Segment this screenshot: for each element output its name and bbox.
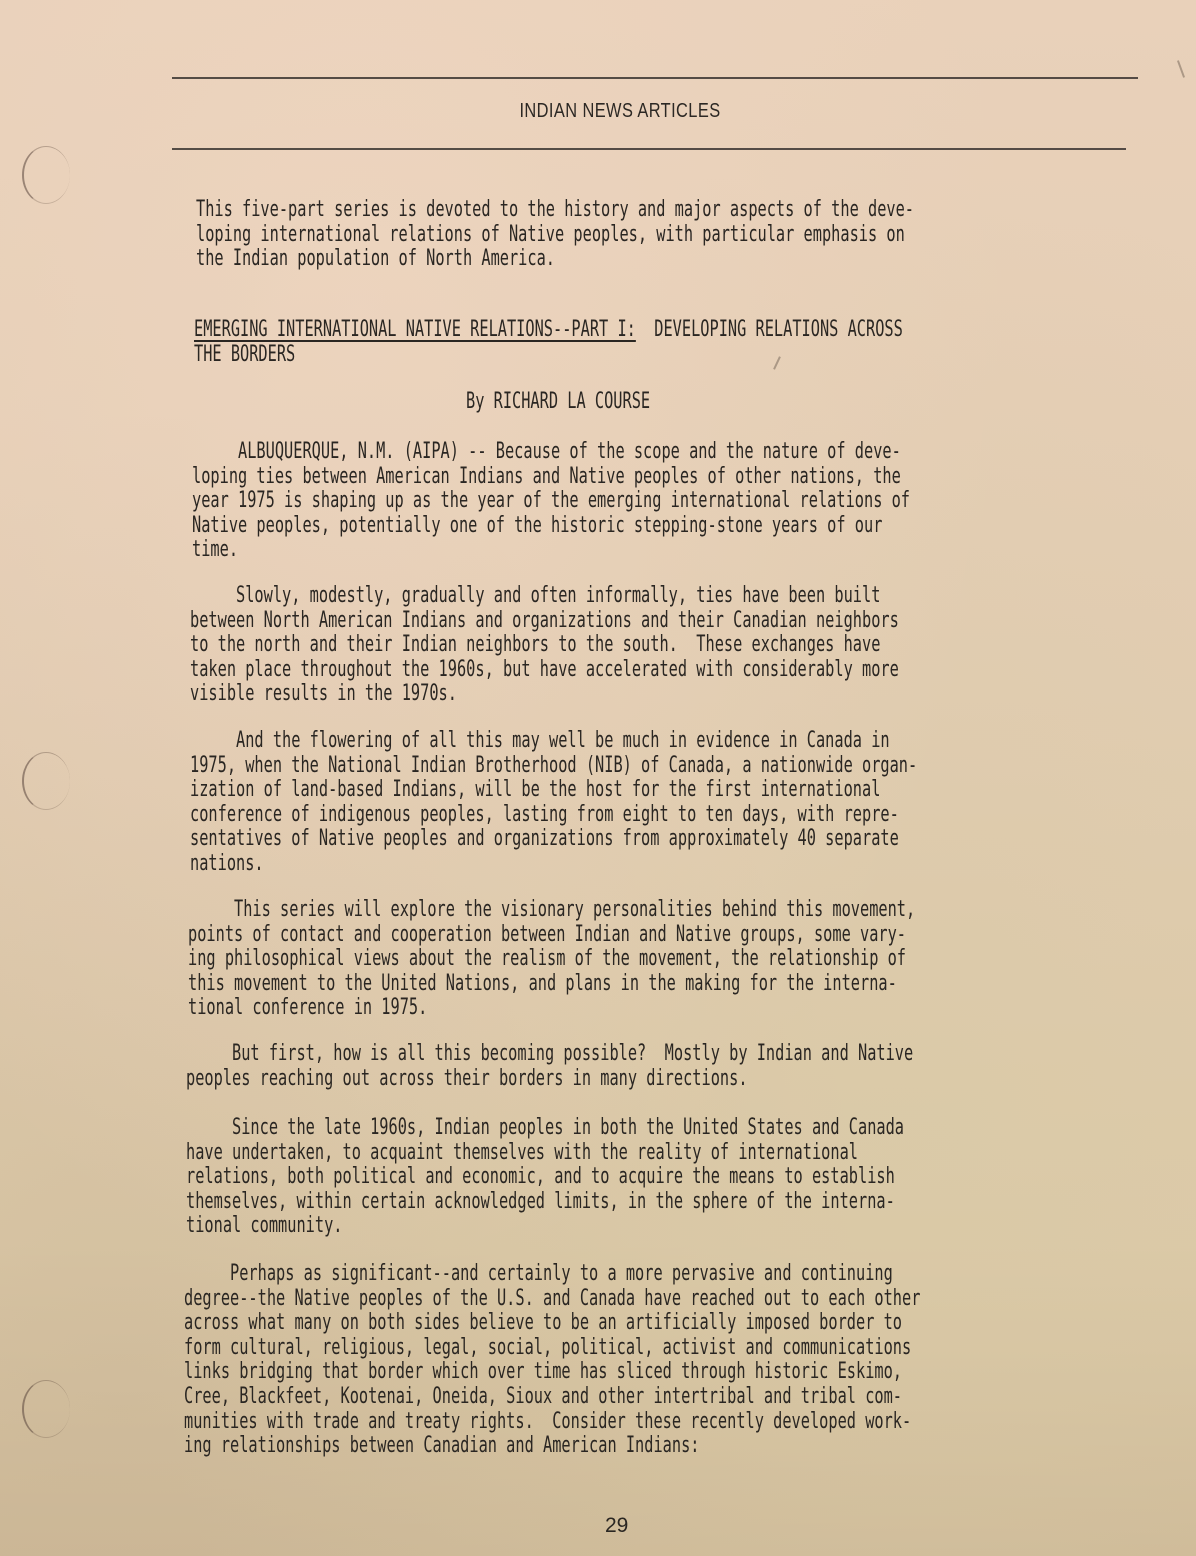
paragraph: ALBUQUERQUE, N.M. (AIPA) -- Because of t… [192,440,910,563]
article-title-underlined: EMERGING INTERNATIONAL NATIVE RELATIONS-… [194,317,636,342]
paragraph: Since the late 1960s, Indian peoples in … [186,1116,904,1239]
paragraph: Perhaps as significant--and certainly to… [184,1262,920,1459]
binder-hole-top [22,146,70,204]
article-title-line2: THE BORDERS [194,342,295,367]
paragraph: And the flowering of all this may well b… [190,729,917,877]
binder-hole-middle [22,752,70,810]
byline: By RICHARD LA COURSE [466,390,650,415]
binder-hole-bottom [22,1380,70,1438]
paragraph: Slowly, modestly, gradually and often in… [190,584,899,707]
article-title: EMERGING INTERNATIONAL NATIVE RELATIONS-… [194,318,903,367]
header-rule-top [172,77,1138,79]
paragraph: This series will explore the visionary p… [188,898,915,1021]
article-title-rest: DEVELOPING RELATIONS ACROSS [636,317,903,342]
page-number: 29 [605,1514,628,1538]
paper-mark [1177,60,1185,78]
header-rule-bottom [172,148,1126,150]
series-intro: This five-part series is devoted to the … [196,198,914,272]
section-header: INDIAN NEWS ARTICLES [112,100,1129,123]
paragraph: But first, how is all this becoming poss… [186,1042,913,1091]
